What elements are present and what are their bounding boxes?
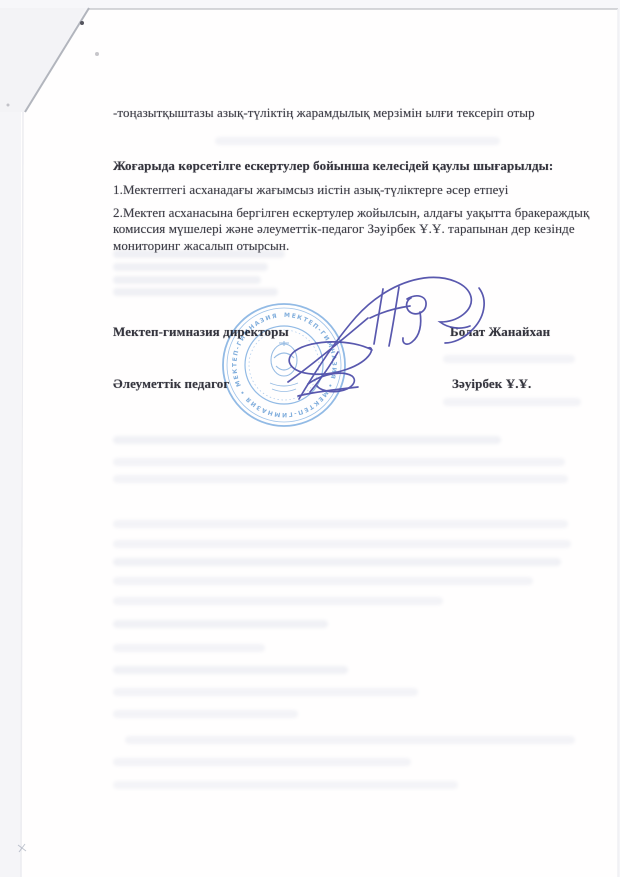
signatory-name-pedagog: Зәуірбек Ұ.Ұ. (452, 376, 531, 392)
document-body: -тоңазытқыштазы азық-түліктің жарамдылық… (0, 0, 620, 877)
signatory-name-director: Болат Жанайхан (450, 324, 550, 340)
signatory-role-director: Мектеп-гимназия директоры (113, 324, 289, 340)
signatory-role-pedagog: Әлеуметтік педагог (113, 376, 229, 392)
intro-line: -тоңазытқыштазы азық-түліктің жарамдылық… (113, 105, 535, 121)
resolution-item-1: 1.Мектептегі асханадағы жағымсыз иістін … (113, 182, 509, 198)
resolution-item-2: 2.Мектеп асханасына бергілген ескертулер… (113, 205, 591, 254)
resolution-heading: Жоғарыда көрсетілге ескертулер бойынша к… (113, 158, 553, 174)
